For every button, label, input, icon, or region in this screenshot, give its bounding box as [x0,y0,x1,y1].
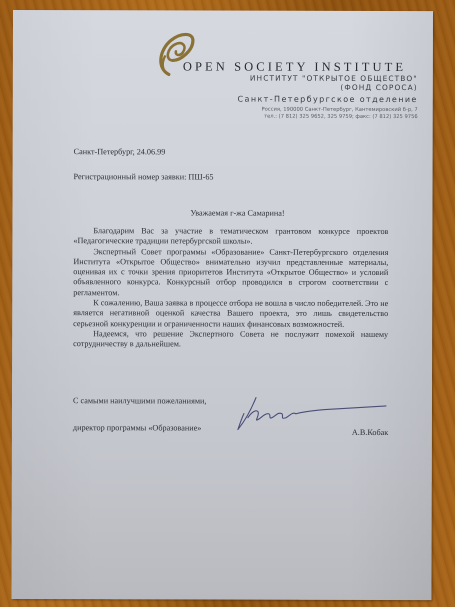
closing-phrase: С самыми наилучшими пожеланиями, [73,396,207,407]
paragraph-hope: Надеемся, что решение Экспертного Совета… [73,329,388,350]
registration-number: Регистрационный номер заявки: ПШ-65 [74,172,214,183]
salutation: Уважаемая г-жа Самарина! [12,208,432,219]
letter-body: Благодарим Вас за участие в тематическом… [73,226,388,350]
signer-title: директор программы «Образование» [73,423,202,434]
org-name-russian-line2: (ФОНД СОРОСА) [178,82,418,92]
contact-block: Россия, 190000 Санкт-Петербург, Кантемир… [178,106,418,121]
phone-fax: тел.: (7 812) 325 9652, 325 9759; факс: … [178,113,418,121]
letter-sheet: OPEN SOCIETY INSTITUTE ИНСТИТУТ "ОТКРЫТО… [11,10,433,600]
paragraph-thanks: Благодарим Вас за участие в тематическом… [73,226,388,247]
paragraph-review: Экспертный Совет программы «Образование»… [73,247,388,299]
place-and-date: Санкт-Петербург, 24.06.99 [74,147,166,158]
letterhead: OPEN SOCIETY INSTITUTE ИНСТИТУТ "ОТКРЫТО… [13,10,433,121]
branch-name: Санкт-Петербургское отделение [178,94,418,104]
paragraph-result: К сожалению, Ваша заявка в процессе отбо… [73,298,388,330]
signer-name: А.В.Кобак [352,428,388,438]
org-name-russian: ИНСТИТУТ "ОТКРЫТОЕ ОБЩЕСТВО" (ФОНД СОРОС… [178,73,418,92]
